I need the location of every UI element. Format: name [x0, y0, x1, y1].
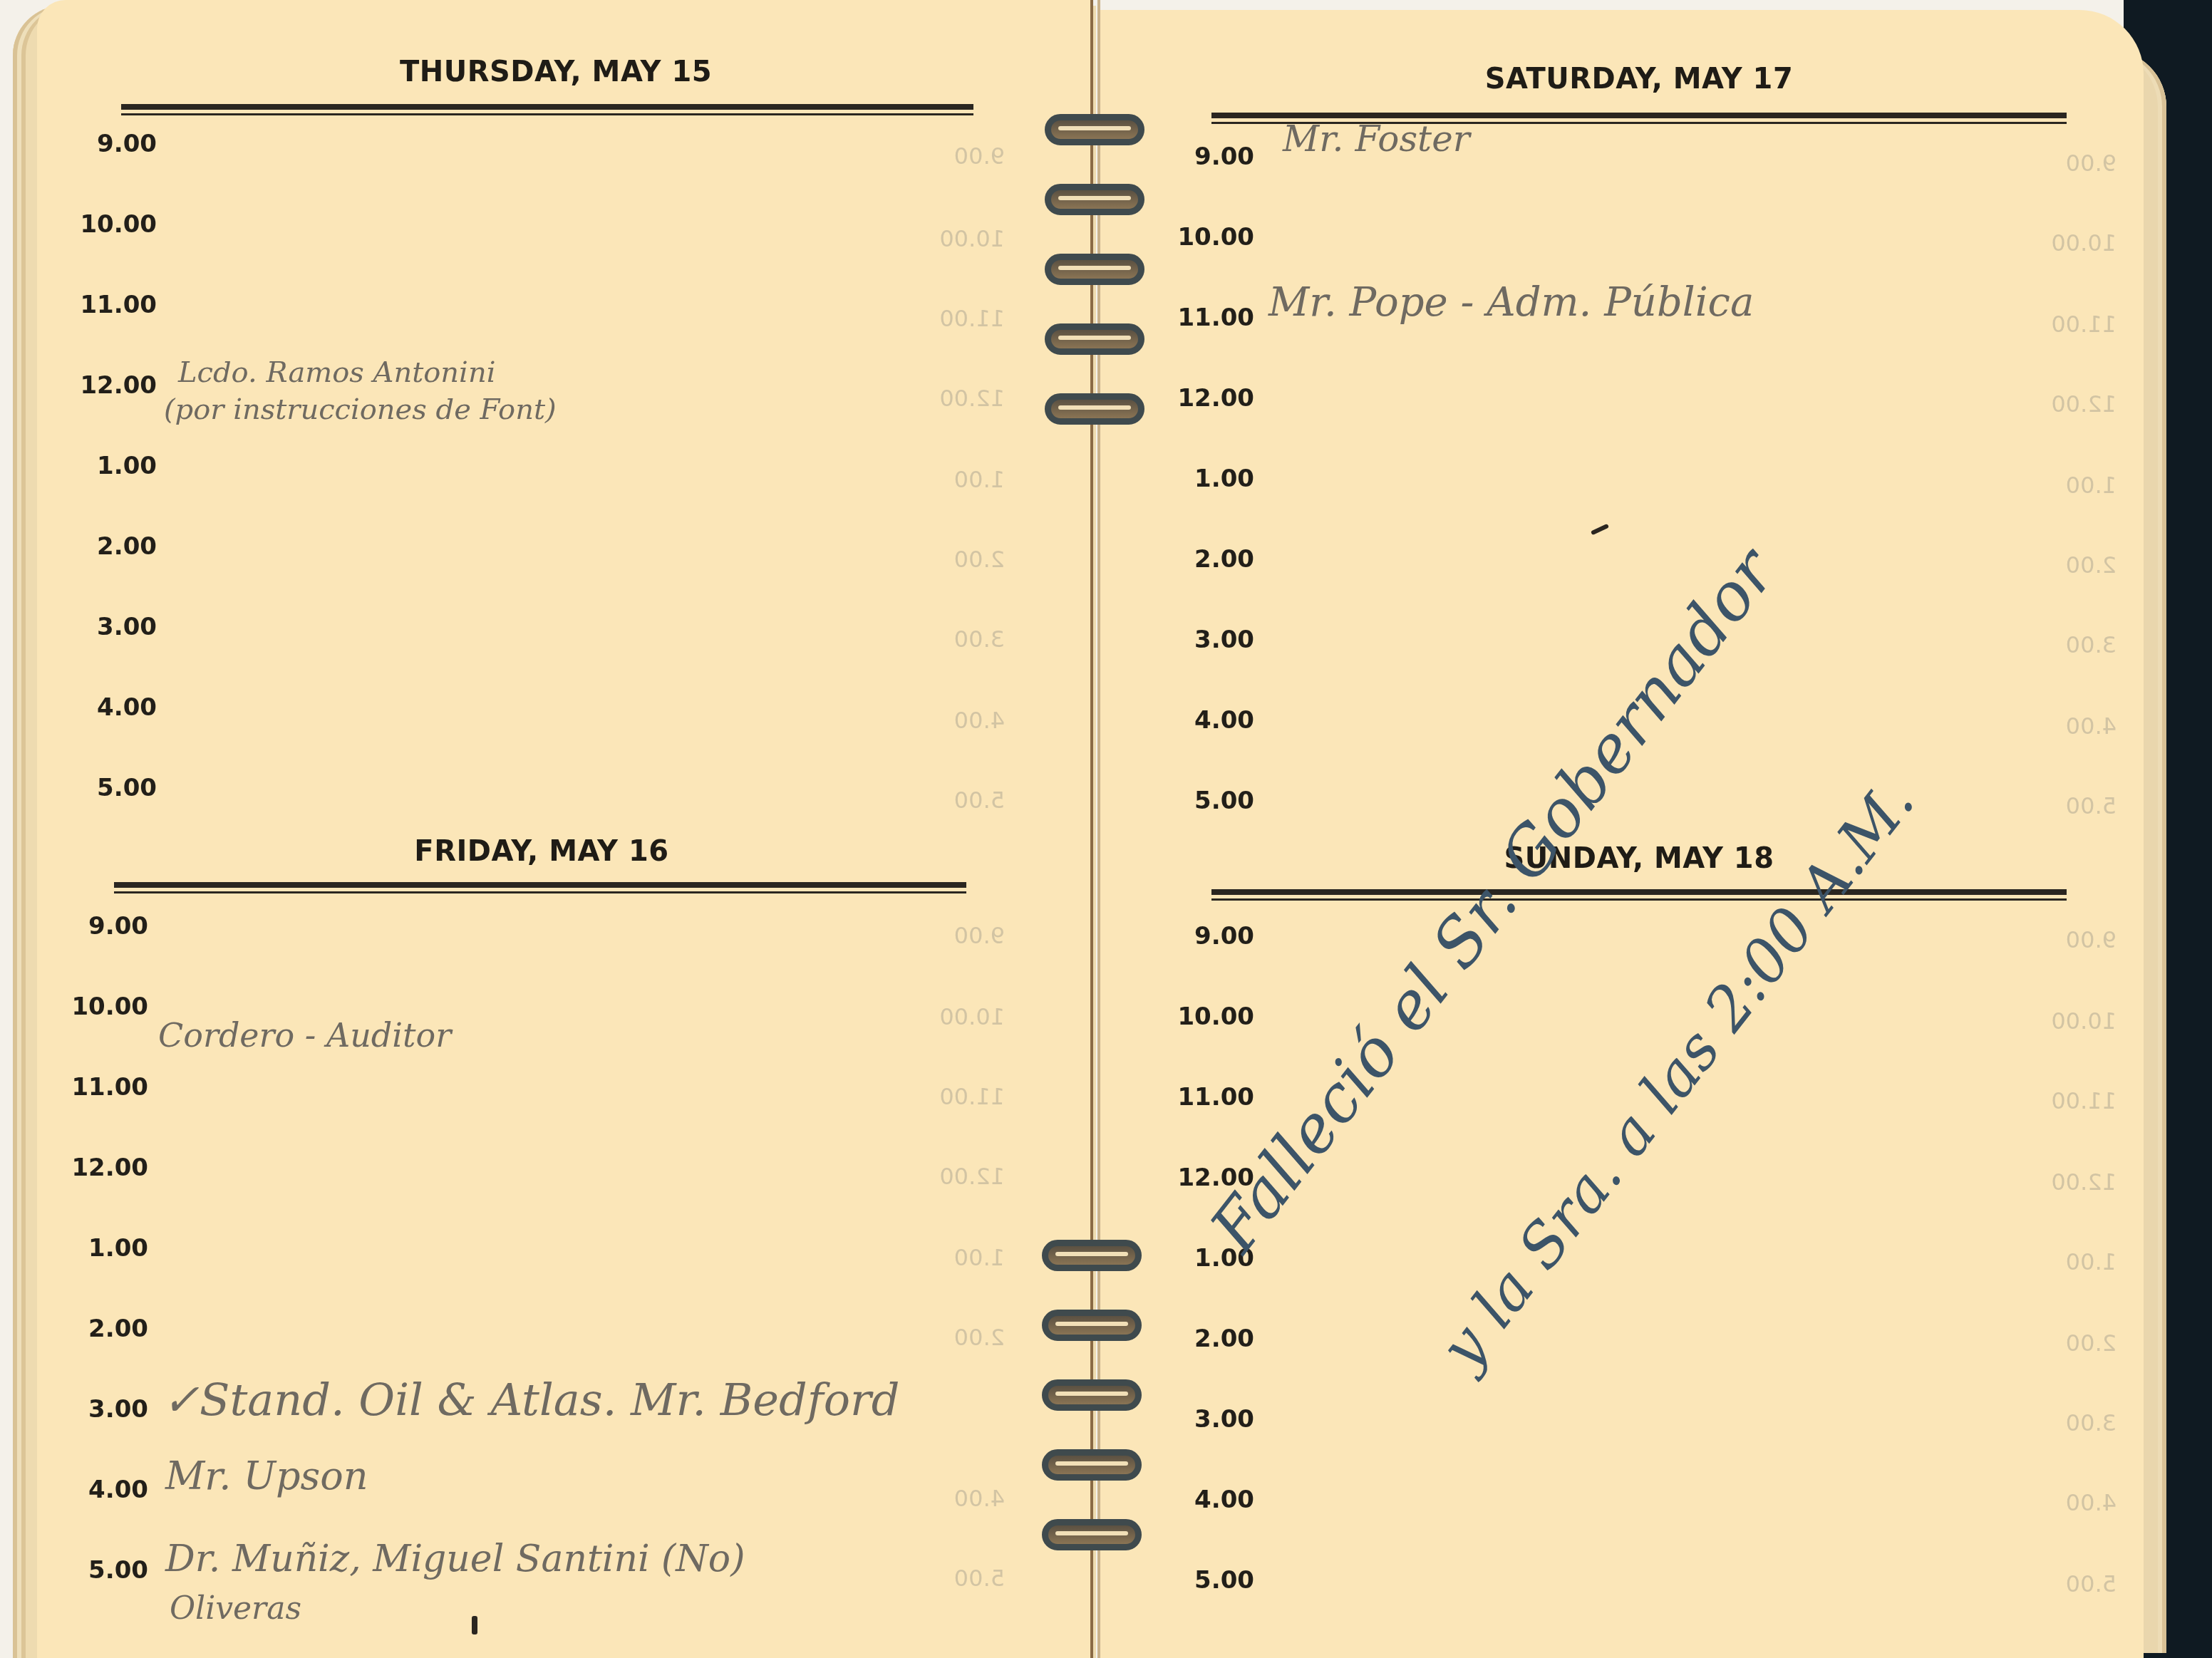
show-through-time: 4.00: [2038, 713, 2117, 740]
day-header-thursday: THURSDAY, MAY 15: [306, 56, 805, 88]
right-page: [1097, 10, 2144, 1658]
show-through-time: 3.00: [2038, 1409, 2117, 1436]
time-label: 9.00: [78, 130, 157, 158]
show-through-time: 10.00: [2038, 229, 2117, 257]
time-label: 12.00: [70, 1154, 148, 1182]
time-label: 9.00: [70, 912, 148, 941]
spiral-ring: [1042, 1449, 1142, 1481]
time-label: 1.00: [78, 452, 157, 480]
handwritten-note: Lcdo. Ramos Antonini: [178, 356, 495, 389]
time-label: 2.00: [1176, 1325, 1254, 1353]
show-through-time: 12.00: [926, 1163, 1005, 1190]
show-through-time: 4.00: [926, 1485, 1005, 1512]
handwritten-note: Cordero - Auditor: [158, 1016, 451, 1055]
time-label: 10.00: [78, 210, 157, 239]
time-label: 4.00: [78, 693, 157, 722]
time-label: 11.00: [1176, 1083, 1254, 1112]
show-through-time: 9.00: [926, 143, 1005, 170]
show-through-time: 2.00: [2038, 551, 2117, 579]
header-rule: [114, 882, 966, 893]
time-label: 4.00: [1176, 706, 1254, 735]
handwritten-note: Oliveras: [170, 1590, 301, 1627]
time-label: 2.00: [70, 1315, 148, 1343]
show-through-time: 2.00: [2038, 1330, 2117, 1357]
time-label: 2.00: [1176, 545, 1254, 574]
spiral-ring: [1045, 114, 1144, 145]
show-through-time: 10.00: [2038, 1007, 2117, 1035]
show-through-time: 9.00: [926, 922, 1005, 949]
show-through-time: 4.00: [2038, 1489, 2117, 1516]
handwritten-note: (por instrucciones de Font): [164, 393, 557, 426]
handwritten-note: Mr. Upson: [165, 1454, 368, 1498]
time-label: 5.00: [1176, 1566, 1254, 1595]
show-through-time: 5.00: [926, 1565, 1005, 1592]
day-header-saturday: SATURDAY, MAY 17: [1390, 63, 1888, 95]
spiral-ring: [1042, 1310, 1142, 1341]
time-label: 5.00: [1176, 787, 1254, 815]
spiral-ring: [1045, 323, 1144, 355]
spiral-ring: [1045, 184, 1144, 215]
time-label: 4.00: [70, 1476, 148, 1504]
show-through-time: 9.00: [2038, 150, 2117, 177]
show-through-time: 2.00: [926, 1324, 1005, 1351]
time-label: 9.00: [1176, 922, 1254, 950]
time-label: 4.00: [1176, 1486, 1254, 1514]
header-rule: [121, 104, 973, 115]
time-label: 12.00: [1176, 384, 1254, 413]
time-label: 3.00: [70, 1395, 148, 1424]
show-through-time: 1.00: [926, 466, 1005, 493]
show-through-time: 1.00: [926, 1244, 1005, 1271]
show-through-time: 12.00: [2038, 1169, 2117, 1196]
time-label: 1.00: [70, 1234, 148, 1263]
time-label: 1.00: [1176, 465, 1254, 493]
show-through-time: 9.00: [2038, 926, 2117, 953]
time-label: 3.00: [78, 613, 157, 641]
time-label: 9.00: [1176, 143, 1254, 171]
handwritten-note: Mr. Pope - Adm. Pública: [1268, 279, 1754, 326]
time-label: 12.00: [78, 371, 157, 400]
time-label: 10.00: [70, 993, 148, 1021]
show-through-time: 10.00: [926, 1003, 1005, 1030]
show-through-time: 5.00: [926, 787, 1005, 814]
time-label: 10.00: [1176, 223, 1254, 252]
header-rule: [1211, 889, 2067, 901]
show-through-time: 11.00: [2038, 311, 2117, 338]
time-label: 11.00: [70, 1073, 148, 1102]
time-label: 2.00: [78, 532, 157, 561]
spiral-ring: [1042, 1240, 1142, 1271]
time-label: 11.00: [78, 291, 157, 319]
show-through-time: 3.00: [2038, 631, 2117, 658]
show-through-time: 11.00: [926, 305, 1005, 332]
time-label: 3.00: [1176, 1405, 1254, 1434]
show-through-time: 5.00: [2038, 792, 2117, 819]
handwritten-note: ✓Stand. Oil & Atlas. Mr. Bedford: [162, 1374, 899, 1426]
pencil-mark: [472, 1616, 477, 1634]
show-through-time: 3.00: [926, 626, 1005, 653]
spiral-ring: [1042, 1519, 1142, 1550]
time-label: 10.00: [1176, 1002, 1254, 1031]
time-label: 11.00: [1176, 304, 1254, 332]
time-label: 5.00: [78, 774, 157, 802]
handwritten-note: Mr. Foster: [1283, 118, 1470, 160]
show-through-time: 1.00: [2038, 1248, 2117, 1275]
time-label: 3.00: [1176, 626, 1254, 654]
spiral-ring: [1045, 393, 1144, 425]
show-through-time: 10.00: [926, 225, 1005, 252]
time-label: 5.00: [70, 1556, 148, 1585]
handwritten-note: Dr. Muñiz, Miguel Santini (No): [165, 1538, 745, 1580]
spiral-ring: [1045, 254, 1144, 285]
show-through-time: 2.00: [926, 546, 1005, 573]
show-through-time: 1.00: [2038, 472, 2117, 499]
show-through-time: 4.00: [926, 707, 1005, 734]
show-through-time: 5.00: [2038, 1570, 2117, 1597]
show-through-time: 11.00: [2038, 1087, 2117, 1114]
day-header-friday: FRIDAY, MAY 16: [292, 835, 791, 868]
show-through-time: 12.00: [926, 385, 1005, 412]
show-through-time: 11.00: [926, 1083, 1005, 1110]
spiral-ring: [1042, 1379, 1142, 1411]
show-through-time: 12.00: [2038, 390, 2117, 418]
